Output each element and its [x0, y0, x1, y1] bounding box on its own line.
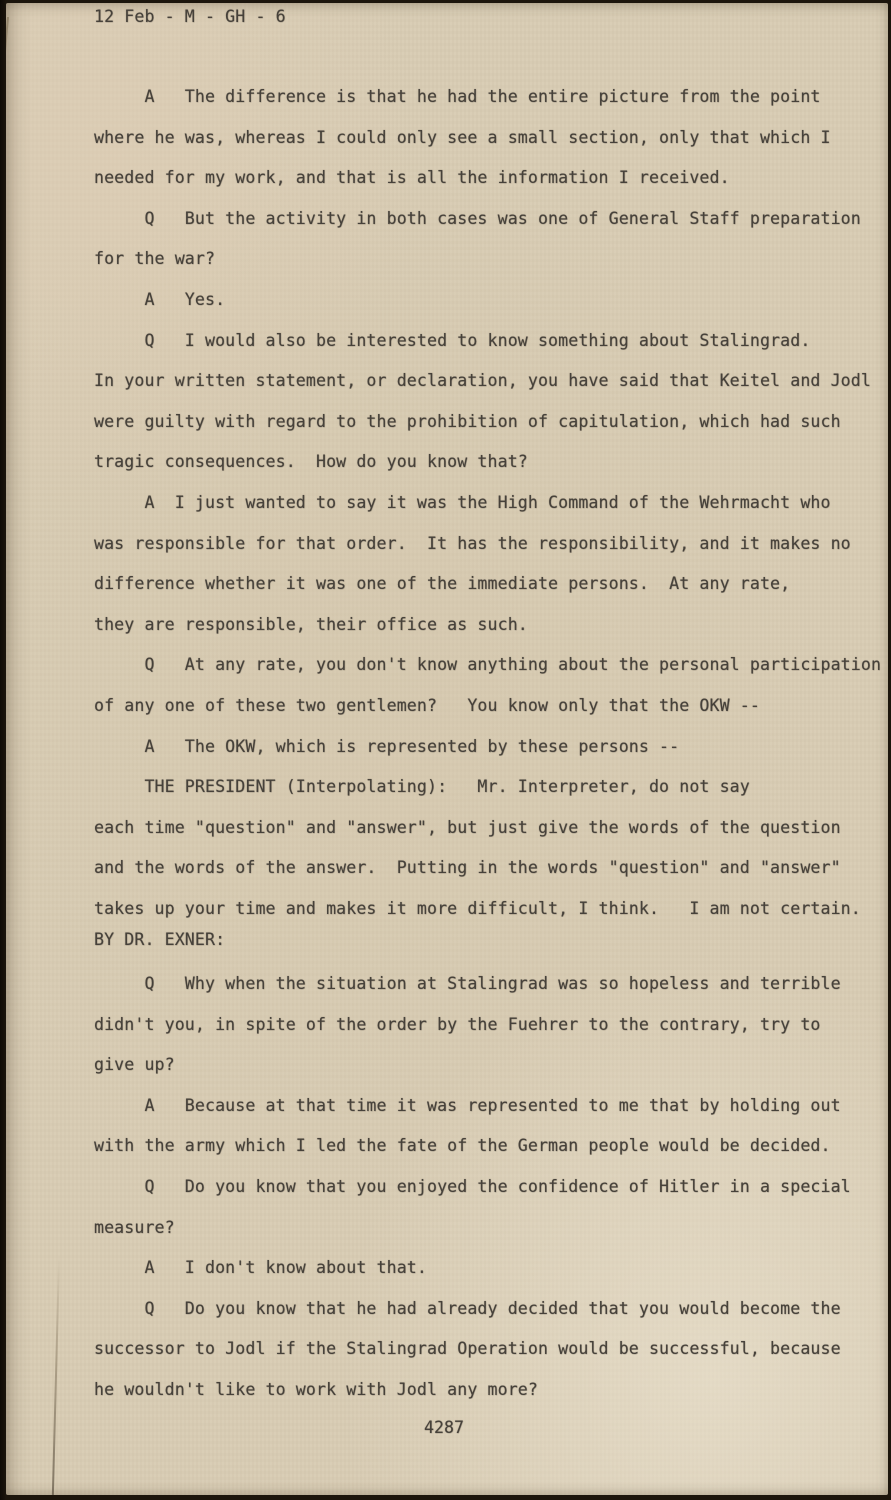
- transcript-body: A The difference is that he had the enti…: [94, 77, 888, 1411]
- transcript-line: tragic consequences. How do you know tha…: [94, 442, 888, 483]
- transcript-line: he wouldn't like to work with Jodl any m…: [94, 1370, 888, 1411]
- transcript-line: Q Why when the situation at Stalingrad w…: [94, 964, 888, 1005]
- paper: 12 Feb - M - GH - 6 A The difference is …: [6, 3, 888, 1495]
- transcript-line: of any one of these two gentlemen? You k…: [94, 686, 888, 727]
- page-header: 12 Feb - M - GH - 6: [94, 7, 888, 27]
- transcript-line: Q Do you know that you enjoyed the confi…: [94, 1167, 888, 1208]
- transcript-line: were guilty with regard to the prohibiti…: [94, 402, 888, 443]
- transcript-line: with the army which I led the fate of th…: [94, 1126, 888, 1167]
- transcript-line: for the war?: [94, 239, 888, 280]
- transcript-line: A Because at that time it was represente…: [94, 1086, 888, 1127]
- transcript-line: A The difference is that he had the enti…: [94, 77, 888, 118]
- transcript-line: measure?: [94, 1208, 888, 1249]
- transcript-line: didn't you, in spite of the order by the…: [94, 1005, 888, 1046]
- transcript-line: A The OKW, which is represented by these…: [94, 727, 888, 768]
- transcript-line: A Yes.: [94, 280, 888, 321]
- transcript-line: Q But the activity in both cases was one…: [94, 199, 888, 240]
- transcript-line: In your written statement, or declaratio…: [94, 361, 888, 402]
- scanned-page: 12 Feb - M - GH - 6 A The difference is …: [0, 0, 891, 1500]
- transcript-line: difference whether it was one of the imm…: [94, 564, 888, 605]
- transcript-line: Q I would also be interested to know som…: [94, 321, 888, 362]
- transcript-line: Q At any rate, you don't know anything a…: [94, 645, 888, 686]
- page-number: 4287: [424, 1417, 888, 1439]
- transcript-line: successor to Jodl if the Stalingrad Oper…: [94, 1329, 888, 1370]
- transcript-line: they are responsible, their office as su…: [94, 605, 888, 646]
- transcript-line: each time "question" and "answer", but j…: [94, 808, 888, 849]
- transcript-line: and the words of the answer. Putting in …: [94, 848, 888, 889]
- transcript-line: was responsible for that order. It has t…: [94, 524, 888, 565]
- transcript-line: Q Do you know that he had already decide…: [94, 1289, 888, 1330]
- transcript-line: needed for my work, and that is all the …: [94, 158, 888, 199]
- transcript-line: THE PRESIDENT (Interpolating): Mr. Inter…: [94, 767, 888, 808]
- transcript-line: A I don't know about that.: [94, 1248, 888, 1289]
- transcript-line: A I just wanted to say it was the High C…: [94, 483, 888, 524]
- transcript-line: where he was, whereas I could only see a…: [94, 118, 888, 159]
- transcript-content: 12 Feb - M - GH - 6 A The difference is …: [6, 3, 888, 1439]
- transcript-line: give up?: [94, 1045, 888, 1086]
